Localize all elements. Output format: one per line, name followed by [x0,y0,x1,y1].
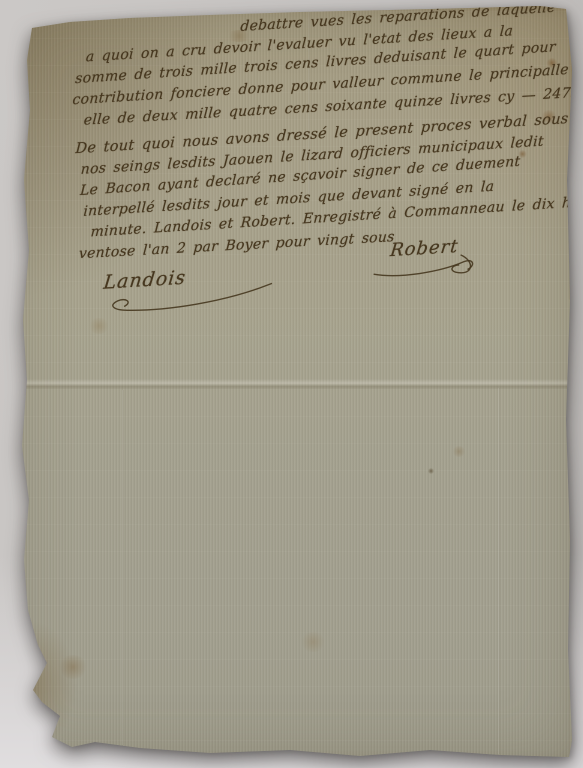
manuscript-page: debattre vues les reparations de laquell… [0,0,583,768]
paper-shadow: debattre vues les reparations de laquell… [0,0,583,768]
paper-edge-bottom [0,757,583,768]
signature-landois: Landois [103,261,280,318]
signature-robert: Robert [368,234,491,288]
photo-background: debattre vues les reparations de laquell… [0,0,583,768]
signature-robert-name: Robert [389,236,460,261]
paper-edge-left [0,0,11,768]
paper-edge-right [575,0,583,768]
handwritten-text: debattre vues les reparations de laquell… [58,0,583,327]
